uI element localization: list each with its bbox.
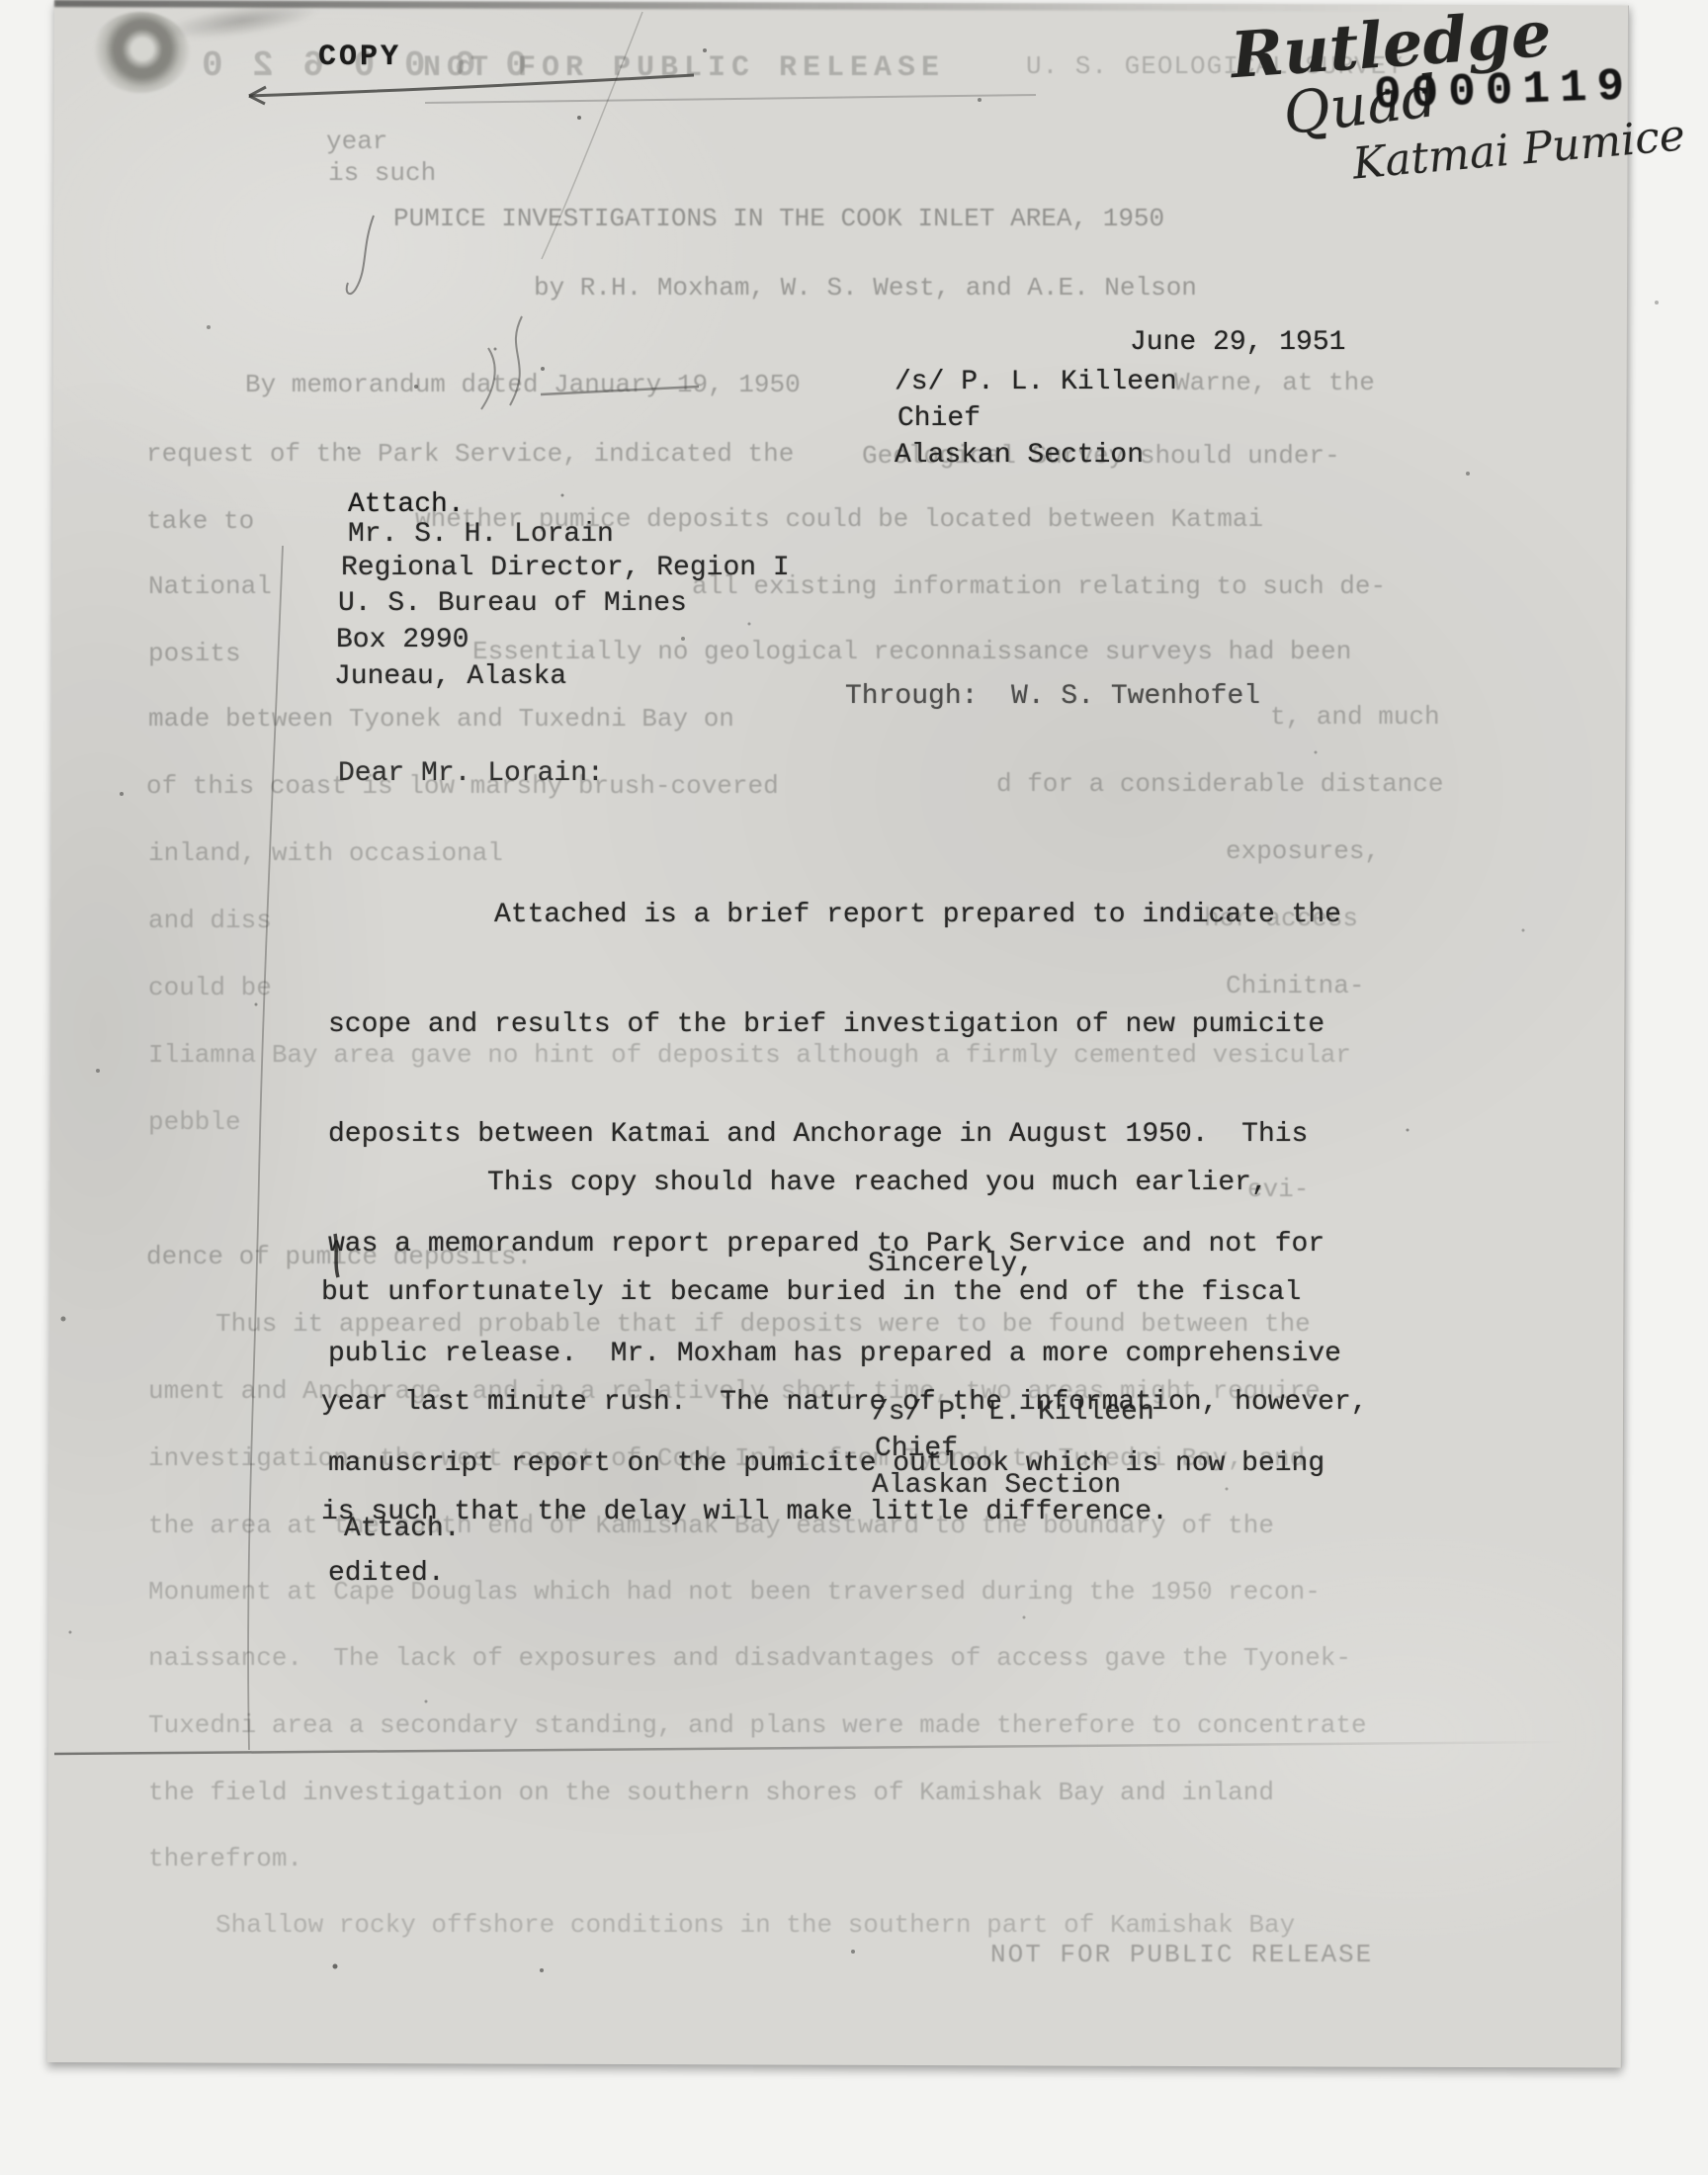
copy-stamp: COPY <box>318 40 401 76</box>
pen-flourish <box>347 216 374 294</box>
date-line: June 29, 1951 <box>1130 324 1345 361</box>
recipient-title: Regional Director, Region I <box>341 550 790 586</box>
signature-bottom-section: Alaskan Section <box>872 1467 1121 1504</box>
stamped-number: 0000119 <box>1373 60 1635 121</box>
salutation: Dear Mr. Lorain: <box>338 755 604 792</box>
recipient-name: Mr. S. H. Lorain <box>348 516 614 553</box>
horizontal-fold-crease <box>54 1742 1567 1754</box>
attach-note-bottom: Attach. <box>344 1511 461 1547</box>
body-line: year last minute rush. The nature of the… <box>321 1384 1368 1421</box>
vertical-fold-crease <box>248 546 283 1750</box>
recipient-city: Juneau, Alaska <box>334 658 566 695</box>
signature-bottom-title: Chief <box>875 1431 958 1467</box>
body-line: Attached is a brief report prepared to i… <box>328 897 1341 933</box>
strikeout-pen-line <box>249 75 694 96</box>
signature-top-title: Chief <box>897 400 981 437</box>
signature-top: /s/ P. L. Killeen <box>895 364 1177 400</box>
body-line: scope and results of the brief investiga… <box>328 1006 1341 1043</box>
recipient-org: U. S. Bureau of Mines <box>338 585 687 622</box>
body-line: is such that the delay will make little … <box>321 1494 1368 1530</box>
diagonal-crease <box>542 12 642 259</box>
recipient-box: Box 2990 <box>336 622 469 658</box>
body-line: This copy should have reached you much e… <box>321 1165 1368 1201</box>
pen-scribble <box>481 316 522 409</box>
body-line: but unfortunately it became buried in th… <box>321 1274 1368 1311</box>
closing: Sincerely, <box>868 1246 1034 1282</box>
signature-bottom: /s/ P. L. Killeen <box>872 1394 1154 1431</box>
through-line: Through: W. S. Twenhofel <box>845 678 1260 715</box>
signature-top-section: Alaskan Section <box>895 437 1144 474</box>
january-strike-line <box>541 387 699 394</box>
ghost-stamp-underline <box>425 95 1036 103</box>
body-paragraph-2: This copy should have reached you much e… <box>321 1091 1368 1604</box>
scan-content-stage: NOT FOR PUBLIC RELEASEU. S. GEOLOGICAL S… <box>0 0 1708 2175</box>
